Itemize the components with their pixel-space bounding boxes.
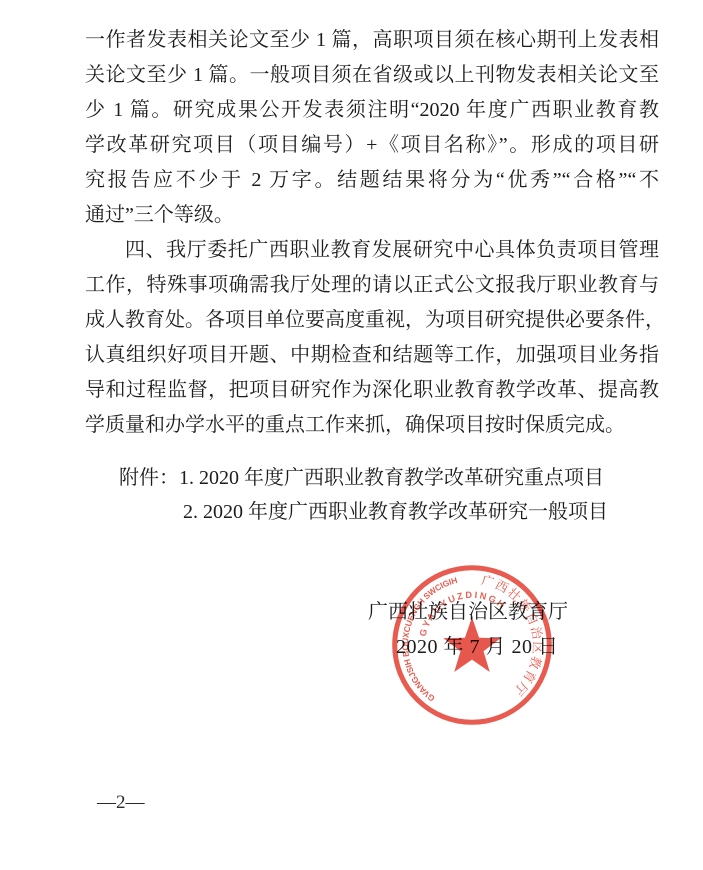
body-line: 成人教育处。各项目单位要高度重视，为项目研究提供必要条件， — [85, 303, 659, 338]
page-number: —2— — [97, 791, 145, 815]
body-line: 学质量和办学水平的重点工作来抓，确保项目按时保质完成。 — [85, 408, 659, 443]
star-icon — [443, 617, 501, 672]
body-paragraphs: 一作者发表相关论文至少 1 篇，高职项目须在核心期刊上发表相 关论文至少 1 篇… — [85, 23, 659, 443]
body-line: 四、我厅委托广西职业教育发展研究中心具体负责项目管理 — [85, 233, 659, 268]
seal-chinese-text: 广西壮族自治区教育厅 — [480, 573, 545, 698]
attachment-line-1: 附件：1. 2020 年度广西职业教育教学改革研究重点项目 — [119, 461, 604, 496]
body-line: 导和过程监督，把项目研究作为深化职业教育教学改革、提高教 — [85, 373, 659, 408]
body-line: 通过”三个等级。 — [85, 198, 659, 233]
body-line: 少 1 篇。研究成果公开发表须注明“2020 年度广西职业教育教 — [85, 93, 659, 128]
body-line: 工作，特殊事项确需我厅处理的请以正式公文报我厅职业教育与 — [85, 268, 659, 303]
body-line: 究报告应不少于 2 万字。结题结果将分为“优秀”“合格”“不 — [85, 163, 659, 198]
body-line: 认真组织好项目开题、中期检查和结题等工作，加强项目业务指 — [85, 338, 659, 373]
body-line: 关论文至少 1 篇。一般项目须在省级或以上刊物发表相关论文至 — [85, 58, 659, 93]
attachment-line-2: 2. 2020 年度广西职业教育教学改革研究一般项目 — [183, 495, 608, 530]
svg-text:广西壮族自治区教育厅: 广西壮族自治区教育厅 — [480, 573, 545, 698]
official-seal: GVANGJSIH BOUXCUENGH SWCIGIH 广西壮族自治区教育厅 … — [388, 561, 556, 729]
body-line: 学改革研究项目（项目编号）+《项目名称》”。形成的项目研 — [85, 128, 659, 163]
document-page: 一作者发表相关论文至少 1 篇，高职项目须在核心期刊上发表相 关论文至少 1 篇… — [0, 0, 703, 870]
body-line: 一作者发表相关论文至少 1 篇，高职项目须在核心期刊上发表相 — [85, 23, 659, 58]
